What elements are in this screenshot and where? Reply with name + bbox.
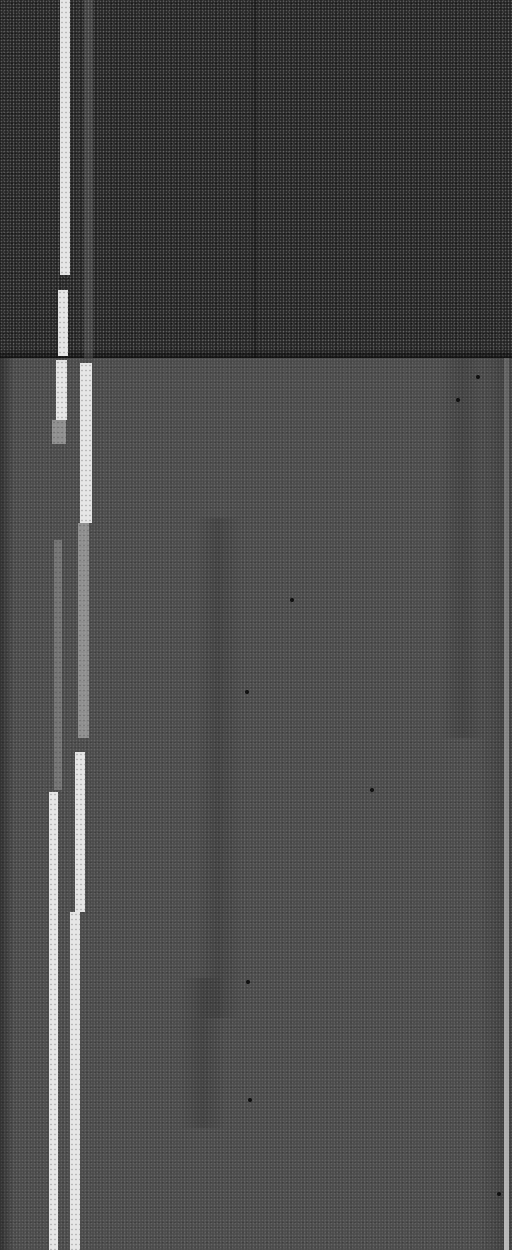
center-solid-line-worn [78, 523, 89, 738]
lane-dash [58, 290, 68, 356]
worn-lane-line [54, 540, 62, 790]
debris-speck [497, 1192, 501, 1196]
tire-wear-track [440, 358, 486, 738]
debris-speck [248, 1098, 252, 1102]
left-solid-line [49, 792, 58, 1250]
debris-speck [476, 375, 480, 379]
section-boundary-shadow [0, 350, 512, 358]
lane-dash-worn [52, 420, 66, 444]
pavement-seam [252, 0, 258, 358]
road-surface-photo [0, 0, 512, 1250]
right-edge-line [504, 358, 509, 1250]
lane-dash [60, 0, 70, 275]
debris-speck [456, 398, 460, 402]
center-solid-line [80, 363, 92, 523]
debris-speck [370, 788, 374, 792]
tire-wear-track [195, 518, 241, 1018]
lane-dash [56, 360, 67, 420]
tire-wear-track [180, 978, 226, 1128]
debris-speck [246, 980, 250, 984]
dark-asphalt-section [0, 0, 512, 358]
center-solid-line [70, 912, 80, 1250]
debris-speck [245, 690, 249, 694]
center-solid-line [75, 752, 85, 912]
faded-marking [84, 0, 93, 358]
debris-speck [290, 598, 294, 602]
